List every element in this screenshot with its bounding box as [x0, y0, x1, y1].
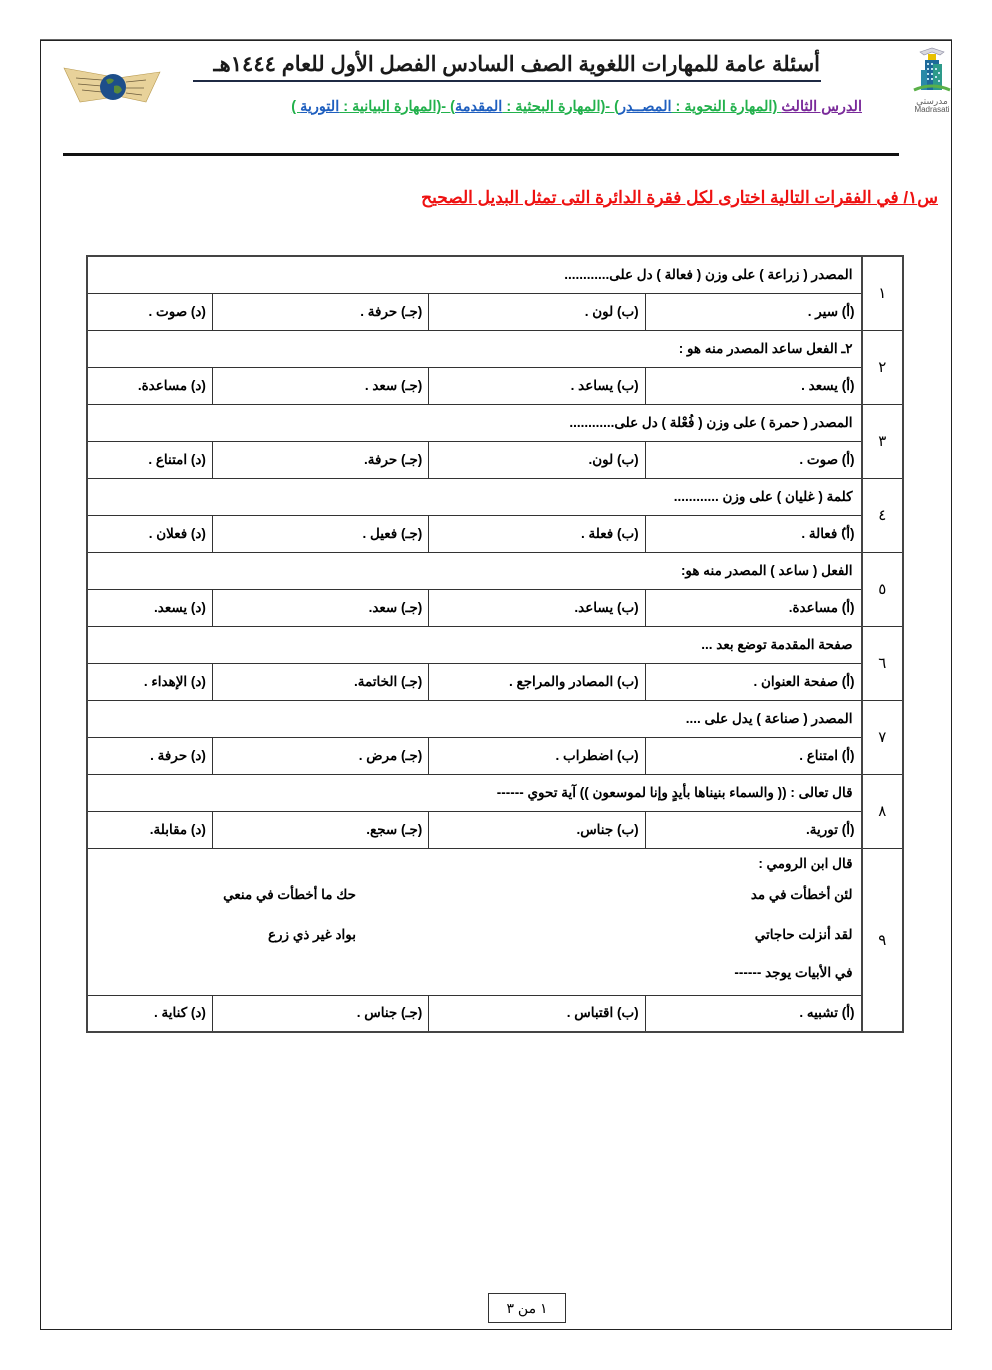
option-d[interactable]: (د) مقابلة.	[87, 811, 212, 848]
questions-table: ١ المصدر ( زراعة ) على وزن ( فعالة ) دل …	[86, 255, 904, 1033]
options-row: (أ) صفحة العنوان . (ب) المصادر والمراجع …	[87, 663, 903, 700]
option-a[interactable]: (أ) صفحة العنوان .	[645, 663, 861, 700]
question-number: ٣	[862, 404, 903, 478]
option-d[interactable]: (د) صوت .	[87, 293, 212, 330]
options-row: (أ) تشبيه . (ب) اقتباس . (جـ) جناس . (د)…	[87, 995, 903, 1032]
option-b[interactable]: (ب) يساعد .	[429, 367, 645, 404]
question-number: ٥	[862, 552, 903, 626]
question-number: ٤	[862, 478, 903, 552]
question-number: ٦	[862, 626, 903, 700]
globe-icon	[62, 62, 162, 110]
madrasati-logo: مدرستي Madrasati	[906, 46, 958, 118]
page-title: أسئلة عامة للمهارات اللغوية الصف السادس …	[180, 52, 820, 77]
option-c[interactable]: (جـ) الخاتمة.	[212, 663, 428, 700]
option-d[interactable]: (د) مساعدة.	[87, 367, 212, 404]
option-d[interactable]: (د) حرفة .	[87, 737, 212, 774]
verse-first-hemistich: لئن أخطأت في مد	[653, 887, 853, 903]
lesson-part-3: المقدمة	[455, 99, 502, 115]
option-a[interactable]: (أ) مساعدة.	[645, 589, 861, 626]
question-row: ٢ ٢ـ الفعل ساعد المصدر منه هو :	[87, 330, 903, 367]
question-number: ١	[862, 256, 903, 330]
question-number: ٢	[862, 330, 903, 404]
logo-brand-en: Madrasati	[914, 105, 949, 114]
options-row: (أ) صوت . (ب) لون. (جـ) حرفة. (د) امتناع…	[87, 441, 903, 478]
lesson-part-1: المصــدر	[619, 99, 672, 115]
question-heading: س١/ في الفقرات التالية اختارى لكل فقرة ا…	[238, 188, 938, 208]
globe-wings-logo	[62, 62, 162, 110]
question-row: ٤ كلمة ( غليان ) على وزن ............	[87, 478, 903, 515]
question-stem: صفحة المقدمة توضع بعد ...	[87, 626, 862, 663]
option-b[interactable]: (ب) يساعد.	[429, 589, 645, 626]
option-c[interactable]: (جـ) مرض .	[212, 737, 428, 774]
options-row: (أ) يسعد . (ب) يساعد . (جـ) سعد . (د) مس…	[87, 367, 903, 404]
poem-intro: قال ابن الرومي :	[96, 853, 853, 875]
question-stem: قال تعالى : (( والسماء بنيناها بأيدٍ وإن…	[87, 774, 862, 811]
question-stem: كلمة ( غليان ) على وزن ............	[87, 478, 862, 515]
question-row: ٦ صفحة المقدمة توضع بعد ...	[87, 626, 903, 663]
option-d[interactable]: (د) فعلان .	[87, 515, 212, 552]
option-c[interactable]: (جـ) حرفة.	[212, 441, 428, 478]
page-number: ١ من ٣	[488, 1293, 566, 1323]
option-c[interactable]: (جـ) حرفة .	[212, 293, 428, 330]
options-row: (أ) مساعدة. (ب) يساعد. (جـ) سعد. (د) يسع…	[87, 589, 903, 626]
question-stem: المصدر ( حمرة ) على وزن ( فُعْلة ) دل عل…	[87, 404, 862, 441]
poem-question-row: ٩ قال ابن الرومي : لئن أخطأت في مد حك ما…	[87, 848, 903, 995]
building-logo-icon	[910, 46, 954, 98]
question-row: ١ المصدر ( زراعة ) على وزن ( فعالة ) دل …	[87, 256, 903, 293]
verse-first-hemistich: لقد أنزلت حاجاتي	[653, 927, 853, 943]
question-stem: المصدر ( زراعة ) على وزن ( فعالة ) دل عل…	[87, 256, 862, 293]
option-a[interactable]: (أ) سير .	[645, 293, 861, 330]
poem-stem: قال ابن الرومي : لئن أخطأت في مد حك ما أ…	[87, 848, 862, 995]
options-row: (أ) تورية. (ب) جناس. (جـ) سجع. (د) مقابل…	[87, 811, 903, 848]
options-row: (أ) سير . (ب) لون . (جـ) حرفة . (د) صوت …	[87, 293, 903, 330]
option-d[interactable]: (د) امتناع .	[87, 441, 212, 478]
header-separator	[63, 153, 899, 156]
question-stem: الفعل ( ساعد ) المصدر منه هو:	[87, 552, 862, 589]
poem-prompt: في الأبيات يوجد ------	[96, 955, 853, 991]
option-a[interactable]: (أ) صوت .	[645, 441, 861, 478]
verse-second-hemistich: بواد غير ذي زرع	[116, 927, 356, 943]
lesson-subtitle: الدرس الثالث (المهارة النحوية : المصــدر…	[162, 99, 862, 115]
question-number: ٩	[862, 848, 903, 1032]
option-c[interactable]: (جـ) سجع.	[212, 811, 428, 848]
option-c[interactable]: (جـ) فعيل .	[212, 515, 428, 552]
lesson-part-6: )	[291, 99, 300, 115]
option-a[interactable]: (أ) يسعد .	[645, 367, 861, 404]
option-c[interactable]: (جـ) سعد .	[212, 367, 428, 404]
lesson-prefix: الدرس الثالث	[781, 99, 862, 115]
option-b[interactable]: (ب) المصادر والمراجع .	[429, 663, 645, 700]
option-a[interactable]: (أ) تشبيه .	[645, 995, 861, 1032]
question-row: ٣ المصدر ( حمرة ) على وزن ( فُعْلة ) دل …	[87, 404, 903, 441]
question-number: ٧	[862, 700, 903, 774]
option-c[interactable]: (جـ) جناس .	[212, 995, 428, 1032]
option-b[interactable]: (ب) فعلة .	[429, 515, 645, 552]
question-stem: المصدر ( صناعة ) يدل على ....	[87, 700, 862, 737]
option-a[interactable]: (أ) امتناع .	[645, 737, 861, 774]
question-row: ٧ المصدر ( صناعة ) يدل على ....	[87, 700, 903, 737]
question-number: ٨	[862, 774, 903, 848]
verse-second-hemistich: حك ما أخطأت في منعي	[116, 887, 356, 903]
poem-verse: لئن أخطأت في مد حك ما أخطأت في منعي	[96, 875, 853, 915]
lesson-part-4: ) -(المهارة البيانية :	[339, 99, 455, 115]
question-row: ٨ قال تعالى : (( والسماء بنيناها بأيدٍ و…	[87, 774, 903, 811]
lesson-part-5: التورية	[300, 99, 339, 115]
option-d[interactable]: (د) الإهداء .	[87, 663, 212, 700]
question-row: ٥ الفعل ( ساعد ) المصدر منه هو:	[87, 552, 903, 589]
lesson-part-2: ) -(المهارة البحثية :	[502, 99, 619, 115]
option-a[interactable]: (أ)َ فعالة .	[645, 515, 861, 552]
lesson-part-0: (المهارة النحوية :	[672, 99, 782, 115]
option-b[interactable]: (ب) لون .	[429, 293, 645, 330]
poem-verse: لقد أنزلت حاجاتي بواد غير ذي زرع	[96, 915, 853, 955]
question-stem: ٢ـ الفعل ساعد المصدر منه هو :	[87, 330, 862, 367]
option-d[interactable]: (د) يسعد.	[87, 589, 212, 626]
option-b[interactable]: (ب) اقتباس .	[429, 995, 645, 1032]
title-underline	[193, 80, 821, 82]
option-d[interactable]: (د) كناية .	[87, 995, 212, 1032]
options-row: (أ) امتناع . (ب) اضطراب . (جـ) مرض . (د)…	[87, 737, 903, 774]
options-row: (أ)َ فعالة . (ب) فعلة . (جـ) فعيل . (د) …	[87, 515, 903, 552]
option-a[interactable]: (أ) تورية.	[645, 811, 861, 848]
option-b[interactable]: (ب) اضطراب .	[429, 737, 645, 774]
option-b[interactable]: (ب) جناس.	[429, 811, 645, 848]
option-c[interactable]: (جـ) سعد.	[212, 589, 428, 626]
option-b[interactable]: (ب) لون.	[429, 441, 645, 478]
